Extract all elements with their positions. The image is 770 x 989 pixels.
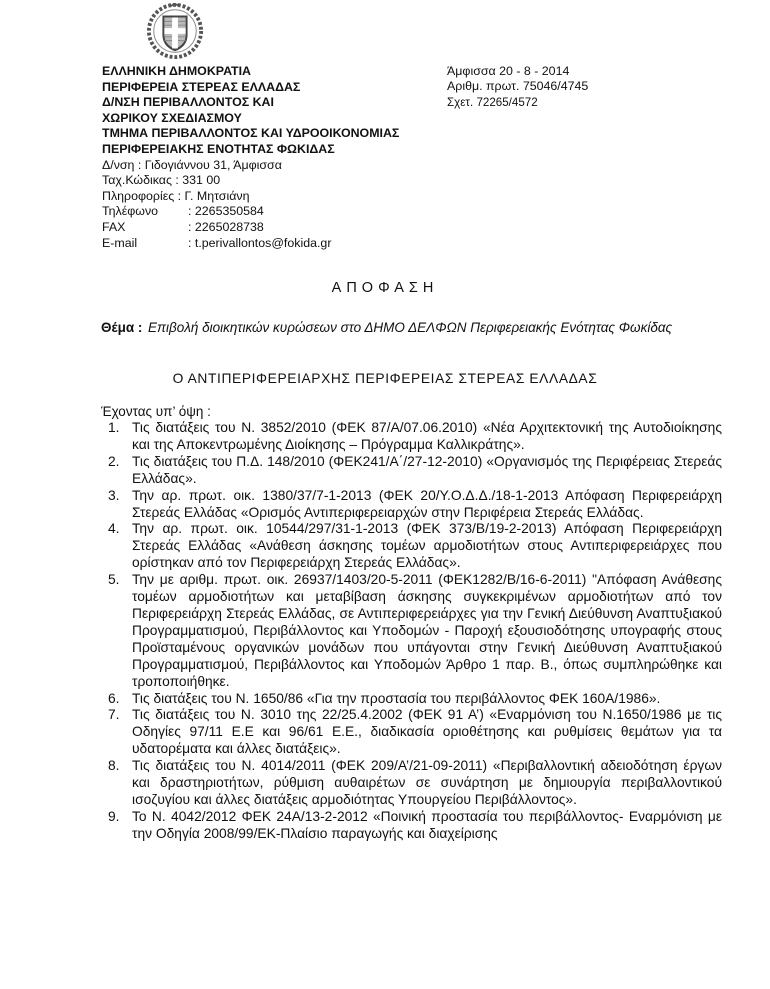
item-text: Τις διατάξεις του Ν. 4014/2011 (ΦΕΚ 209/… <box>132 758 722 807</box>
item-text: Την με αριθμ. πρωτ. οικ. 26937/1403/20-5… <box>132 572 722 688</box>
reference-block: Άμφισσα 20 - 8 - 2014 Αριθμ. πρωτ. 75046… <box>447 64 588 110</box>
subject-label: Θέμα : <box>101 319 142 336</box>
postal-label: Ταχ.Κώδικας <box>102 173 172 187</box>
email-label: E-mail <box>102 236 188 252</box>
list-item: 5.Την με αριθμ. πρωτ. οικ. 26937/1403/20… <box>98 572 722 690</box>
item-number: 7. <box>108 707 120 724</box>
fax-row: FAX: 2265028738 <box>102 220 399 236</box>
item-text: Τις διατάξεις του Π.Δ. 148/2010 (ΦΕΚ241/… <box>132 454 722 486</box>
place-date: Άμφισσα 20 - 8 - 2014 <box>447 64 588 79</box>
item-number: 2. <box>108 454 120 471</box>
address-value: Γιδογιάννου 31, Άμφισσα <box>145 158 282 172</box>
document-title: ΑΠΟΦΑΣΗ <box>0 280 770 296</box>
considerations-list: 1.Τις διατάξεις του Ν. 3852/2010 (ΦΕΚ 87… <box>98 420 722 843</box>
document-page: ΕΛΛΗΝΙΚΗ ΔΗΜΟΚΡΑΤΙΑ ΠΕΡΙΦΕΡΕΙΑ ΣΤΕΡΕΑΣ Ε… <box>0 0 770 989</box>
issuer-line: ΕΛΛΗΝΙΚΗ ΔΗΜΟΚΡΑΤΙΑ <box>102 64 399 80</box>
phone-value: 2265350584 <box>195 204 264 218</box>
list-item: 2.Τις διατάξεις του Π.Δ. 148/2010 (ΦΕΚ24… <box>98 454 722 488</box>
authority-text: Ο ΑΝΤΙΠΕΡΙΦΕΡΕΙΑΡΧΗΣ ΠΕΡΙΦΕΡΕΙΑΣ ΣΤΕΡΕΑΣ… <box>173 371 598 386</box>
list-item: 9.Το Ν. 4042/2012 ΦΕΚ 24Α/13-2-2012 «Ποι… <box>98 809 722 843</box>
email-row: E-mail: t.perivallontos@fokida.gr <box>102 236 399 252</box>
list-item: 4.Την αρ. πρωτ. οικ. 10544/297/31-1-2013… <box>98 521 722 572</box>
list-item: 6.Τις διατάξεις του Ν. 1650/86 «Για την … <box>98 691 722 708</box>
issuer-line: ΤΜΗΜΑ ΠΕΡΙΒΑΛΛΟΝΤΟΣ ΚΑΙ ΥΔΡΟΟΙΚΟΝΟΜΙΑΣ <box>102 126 399 142</box>
address-row: Δ/νση : Γιδογιάννου 31, Άμφισσα <box>102 158 399 174</box>
fax-label: FAX <box>102 220 188 236</box>
item-number: 5. <box>108 572 120 589</box>
considerations-intro: Έχοντας υπ’ όψη : <box>101 404 211 419</box>
phone-row: Τηλέφωνο: 2265350584 <box>102 204 399 220</box>
issuer-line: Δ/ΝΣΗ ΠΕΡΙΒΑΛΛΟΝΤΟΣ ΚΑΙ <box>102 95 399 111</box>
list-item: 7.Τις διατάξεις του Ν. 3010 της 22/25.4.… <box>98 707 722 758</box>
subject-text: Επιβολή διοικητικών κυρώσεων στο ΔΗΜΟ ΔΕ… <box>148 319 708 336</box>
item-text: Τις διατάξεις του Ν. 1650/86 «Για την πρ… <box>132 691 660 706</box>
address-label: Δ/νση <box>102 158 134 172</box>
item-number: 3. <box>108 488 120 505</box>
greek-emblem-icon <box>146 2 204 60</box>
list-item: 3.Την αρ. πρωτ. οικ. 1380/37/7-1-2013 (Φ… <box>98 488 722 522</box>
item-text: Τις διατάξεις του Ν. 3852/2010 (ΦΕΚ 87/Α… <box>132 420 722 452</box>
info-label: Πληροφορίες <box>102 189 174 203</box>
item-text: Το Ν. 4042/2012 ΦΕΚ 24Α/13-2-2012 «Ποινι… <box>132 809 722 841</box>
protocol-number: Αριθμ. πρωτ. 75046/4745 <box>447 79 588 94</box>
phone-label: Τηλέφωνο <box>102 204 188 220</box>
postal-row: Ταχ.Κώδικας : 331 00 <box>102 173 399 189</box>
issuer-block: ΕΛΛΗΝΙΚΗ ΔΗΜΟΚΡΑΤΙΑ ΠΕΡΙΦΕΡΕΙΑ ΣΤΕΡΕΑΣ Ε… <box>102 64 399 251</box>
item-text: Τις διατάξεις του Ν. 3010 της 22/25.4.20… <box>132 707 722 756</box>
info-value: Γ. Μητσιάνη <box>185 189 250 203</box>
issuer-line: ΠΕΡΙΦΕΡΕΙΑ ΣΤΕΡΕΑΣ ΕΛΛΑΔΑΣ <box>102 80 399 96</box>
fax-value: 2265028738 <box>195 220 264 234</box>
item-text: Την αρ. πρωτ. οικ. 1380/37/7-1-2013 (ΦΕΚ… <box>132 488 722 520</box>
item-number: 1. <box>108 420 120 437</box>
list-item: 8.Τις διατάξεις του Ν. 4014/2011 (ΦΕΚ 20… <box>98 758 722 809</box>
issuer-line: ΧΩΡΙΚΟΥ ΣΧΕΔΙΑΣΜΟΥ <box>102 111 399 127</box>
related-number: Σχετ. 72265/4572 <box>447 95 588 110</box>
email-value: t.perivallontos@fokida.gr <box>195 236 332 250</box>
item-text: Την αρ. πρωτ. οικ. 10544/297/31-1-2013 (… <box>132 521 722 570</box>
item-number: 4. <box>108 521 120 538</box>
postal-value: 331 00 <box>182 173 220 187</box>
authority-heading: Ο ΑΝΤΙΠΕΡΙΦΕΡΕΙΑΡΧΗΣ ΠΕΡΙΦΕΡΕΙΑΣ ΣΤΕΡΕΑΣ… <box>0 371 770 386</box>
item-number: 8. <box>108 758 120 775</box>
list-item: 1.Τις διατάξεις του Ν. 3852/2010 (ΦΕΚ 87… <box>98 420 722 454</box>
item-number: 6. <box>108 691 120 708</box>
issuer-line: ΠΕΡΙΦΕΡΕΙΑΚΗΣ ΕΝΟΤΗΤΑΣ ΦΩΚΙΔΑΣ <box>102 142 399 158</box>
info-row: Πληροφορίες : Γ. Μητσιάνη <box>102 189 399 205</box>
item-number: 9. <box>108 809 120 826</box>
